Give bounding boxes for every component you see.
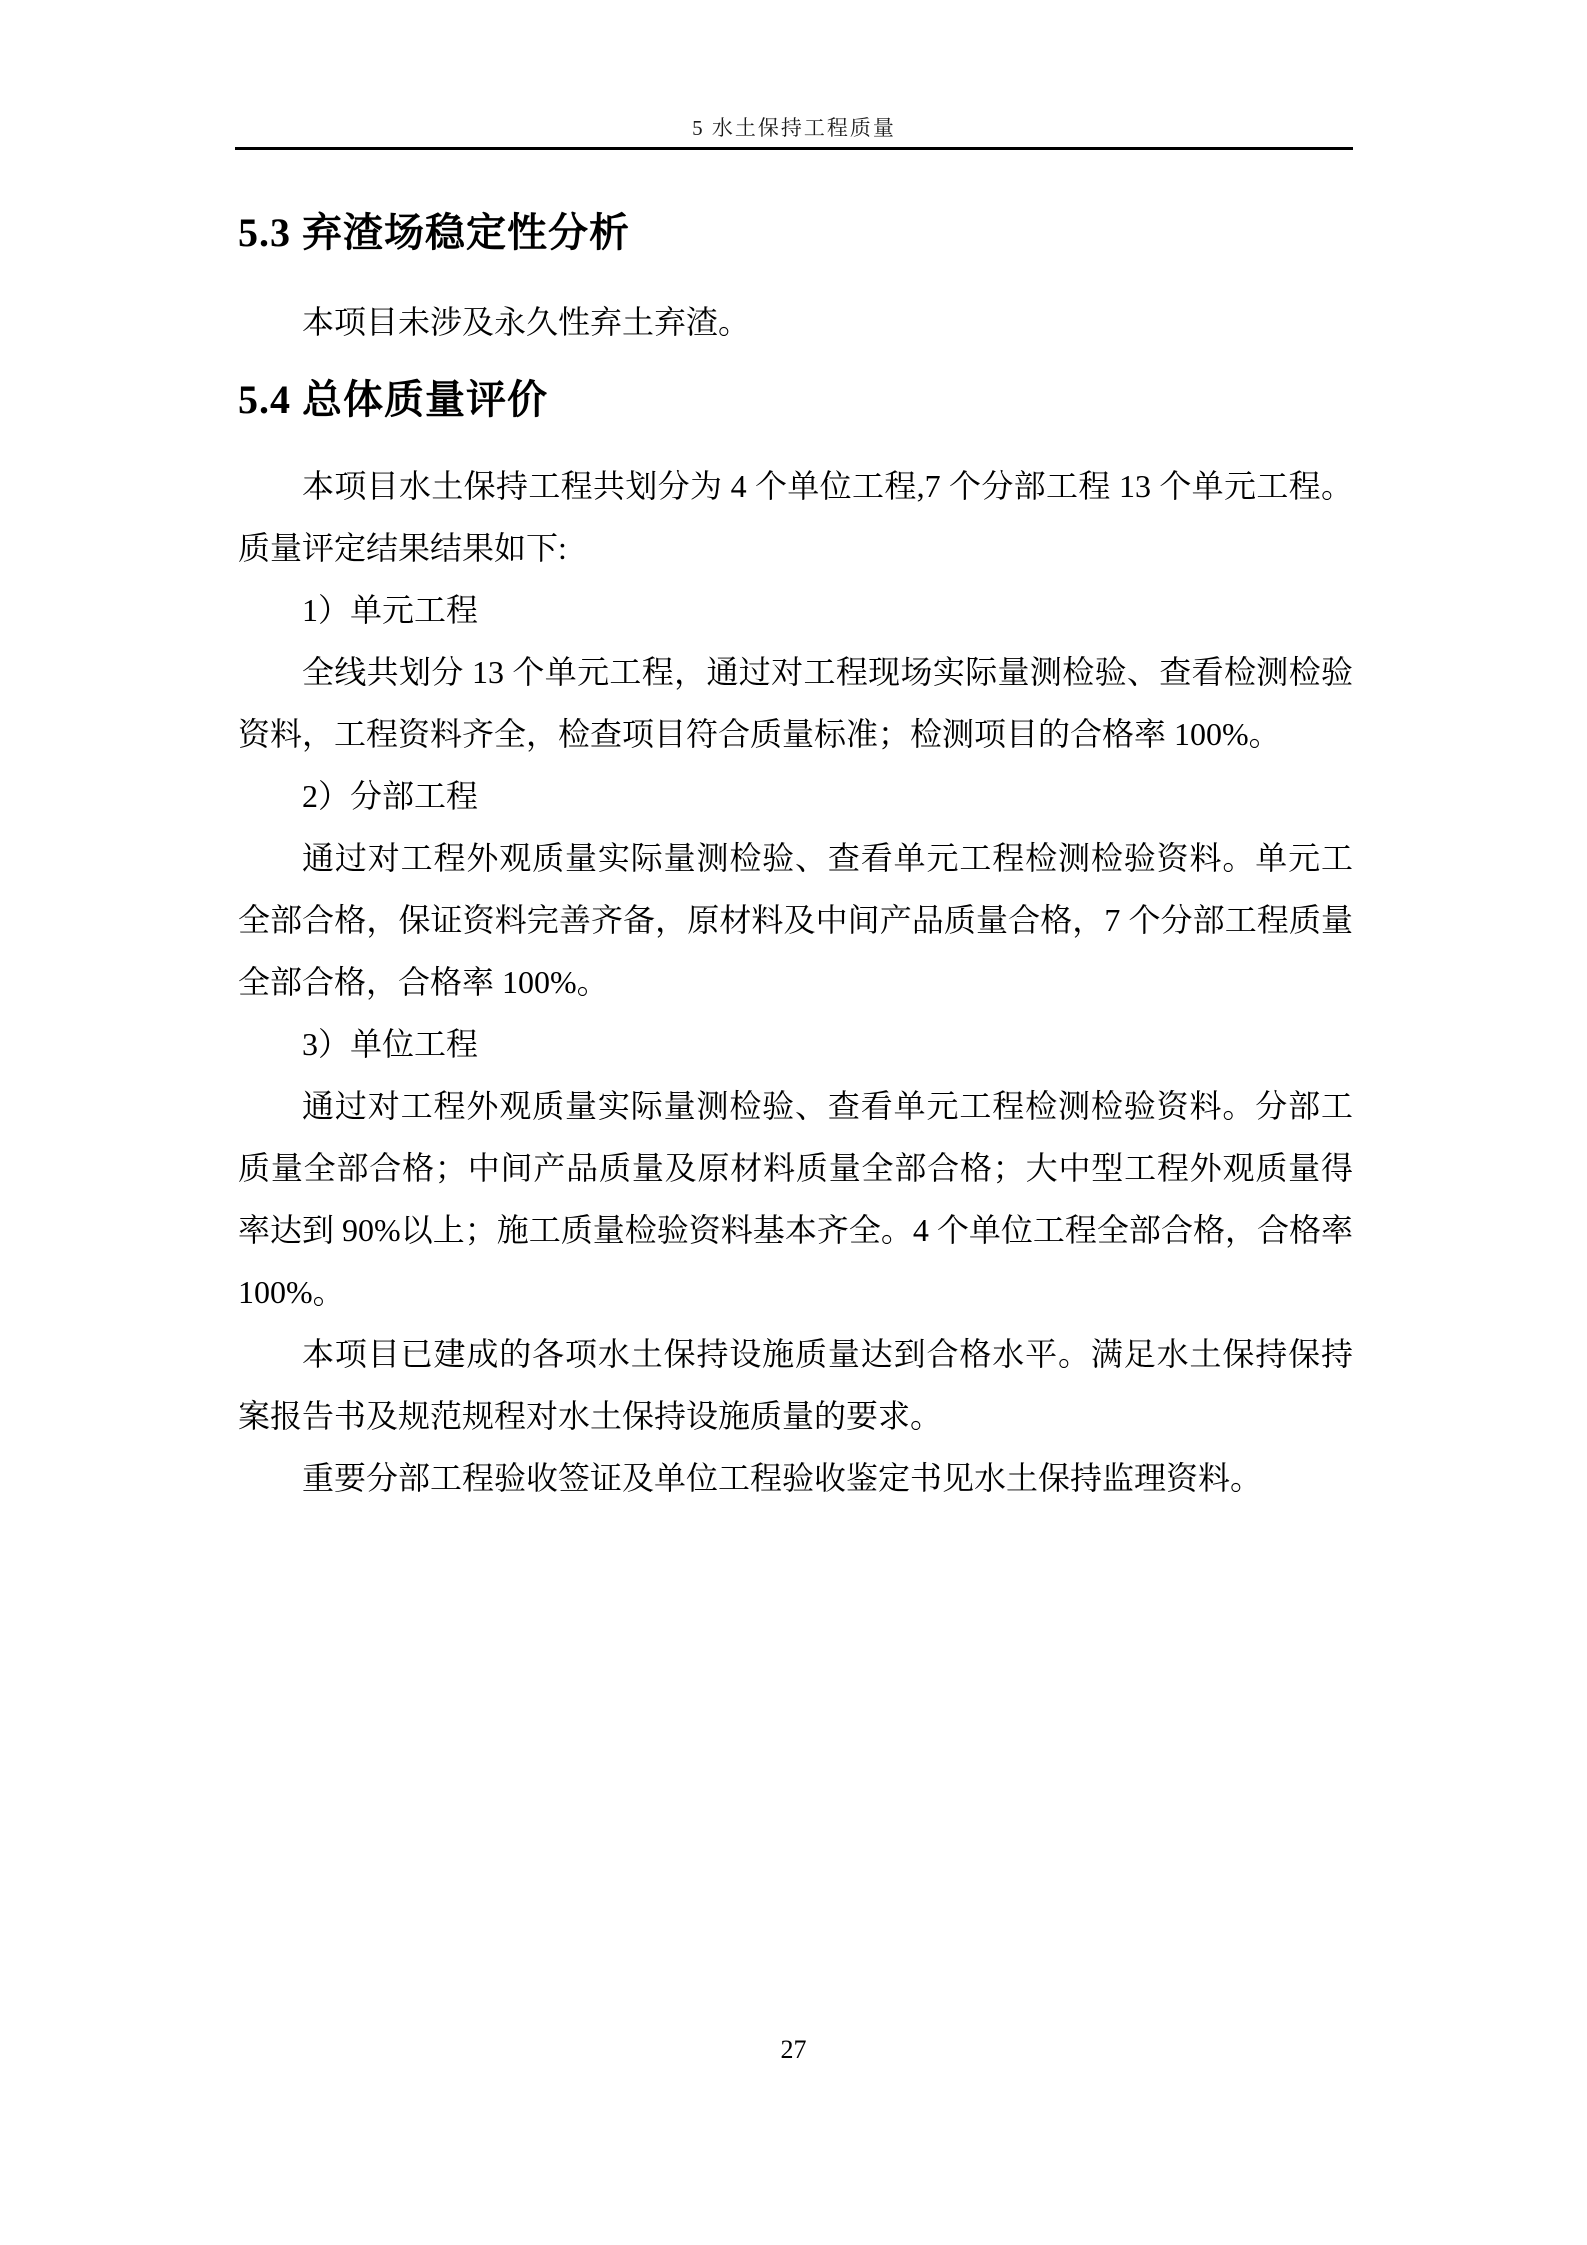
body-line: 率达到 90%以上；施工质量检验资料基本齐全。4 个单位工程全部合格，合格率 — [238, 1199, 1353, 1261]
body-line: 重要分部工程验收签证及单位工程验收鉴定书见水土保持监理资料。 — [238, 1447, 1353, 1509]
body-line: 通过对工程外观质量实际量测检验、查看单元工程检测检验资料。单元工程 — [238, 827, 1353, 889]
body-line: 全线共划分 13 个单元工程，通过对工程现场实际量测检验、查看检测检验 — [238, 641, 1353, 703]
body-line: 资料，工程资料齐全，检查项目符合质量标准；检测项目的合格率 100%。 — [238, 703, 1353, 765]
page-content: 5.3 弃渣场稳定性分析 本项目未涉及永久性弃土弃渣。 5.4 总体质量评价 本… — [238, 213, 1353, 1509]
body-line: 1）单元工程 — [238, 579, 1353, 641]
section-5-4-body: 本项目水土保持工程共划分为 4 个单位工程,7 个分部工程 13 个单元工程。质… — [238, 455, 1353, 1509]
running-header: 5 水土保持工程质量 — [235, 0, 1353, 150]
section-5-3-paragraph: 本项目未涉及永久性弃土弃渣。 — [238, 291, 1353, 353]
body-line: 全部合格，保证资料完善齐备，原材料及中间产品质量合格，7 个分部工程质量 — [238, 889, 1353, 951]
body-line: 质量评定结果结果如下: — [238, 517, 1353, 579]
body-line: 质量全部合格；中间产品质量及原材料质量全部合格；大中型工程外观质量得分 — [238, 1137, 1353, 1199]
chapter-title: 5 水土保持工程质量 — [692, 116, 896, 140]
body-line: 3）单位工程 — [238, 1013, 1353, 1075]
document-page: 5 水土保持工程质量 5.3 弃渣场稳定性分析 本项目未涉及永久性弃土弃渣。 5… — [0, 0, 1587, 2245]
body-line: 100%。 — [238, 1261, 1353, 1323]
body-line: 2）分部工程 — [238, 765, 1353, 827]
body-line: 案报告书及规范规程对水土保持设施质量的要求。 — [238, 1385, 1353, 1447]
page-number: 27 — [0, 2037, 1587, 2063]
body-line: 通过对工程外观质量实际量测检验、查看单元工程检测检验资料。分部工程 — [238, 1075, 1353, 1137]
section-heading-5-4: 5.4 总体质量评价 — [238, 380, 1353, 420]
body-line: 全部合格，合格率 100%。 — [238, 951, 1353, 1013]
body-line: 本项目水土保持工程共划分为 4 个单位工程,7 个分部工程 13 个单元工程。 — [238, 455, 1353, 517]
body-line: 本项目已建成的各项水土保持设施质量达到合格水平。满足水土保持保持方 — [238, 1323, 1353, 1385]
section-heading-5-3: 5.3 弃渣场稳定性分析 — [238, 213, 1353, 253]
